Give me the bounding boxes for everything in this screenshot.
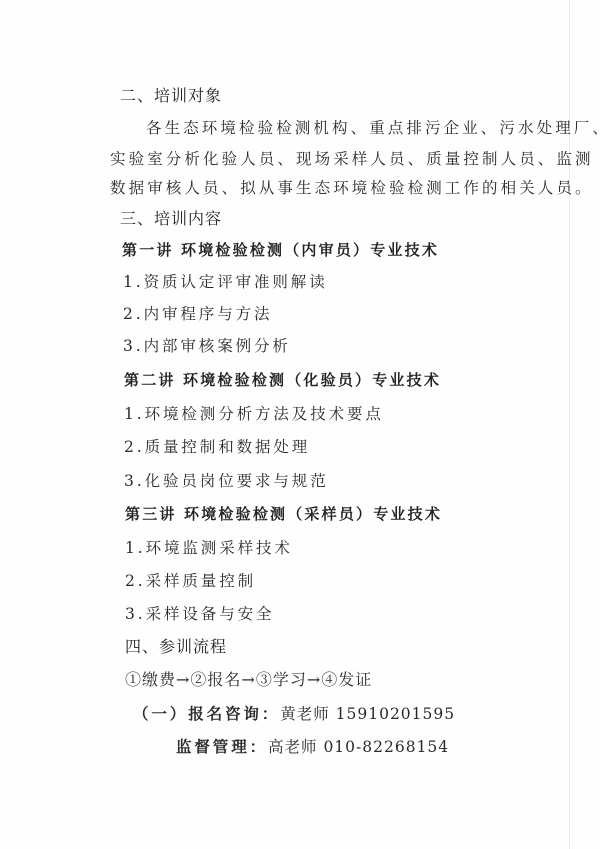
contact-label: 监督管理： — [176, 737, 268, 756]
contact-value: 高老师 010-82268154 — [268, 738, 449, 756]
lecture-item: 1.环境监测采样技术 — [125, 538, 293, 558]
lecture-item: 3.化验员岗位要求与规范 — [124, 471, 329, 491]
document-page: 二、培训对象 各生态环境检验检测机构、重点排污企业、污水处理厂、 实验室分析化验… — [0, 0, 600, 849]
contact-supervision: 监督管理：高老师 010-82268154 — [176, 737, 449, 757]
body-line: 各生态环境检验检测机构、重点排污企业、污水处理厂、 — [146, 118, 600, 138]
contact-registration: （一）报名咨询：黄老师 15910201595 — [133, 704, 455, 724]
lecture-title: 第二讲 环境检验检测（化验员）专业技术 — [124, 370, 441, 390]
lecture-item: 3.内部审核案例分析 — [123, 336, 291, 356]
lecture-item: 1.环境检测分析方法及技术要点 — [124, 404, 384, 424]
contact-value: 黄老师 15910201595 — [280, 705, 455, 723]
section-heading-targets: 二、培训对象 — [120, 86, 222, 106]
process-flow: ①缴费→②报名→③学习→④发证 — [125, 670, 372, 690]
lecture-item: 2.内审程序与方法 — [123, 304, 272, 324]
lecture-title: 第一讲 环境检验检测（内审员）专业技术 — [122, 240, 439, 260]
section-heading-process: 四、参训流程 — [125, 637, 227, 657]
body-line: 数据审核人员、拟从事生态环境检验检测工作的相关人员。 — [110, 178, 594, 198]
body-line: 实验室分析化验人员、现场采样人员、质量控制人员、监测 — [110, 149, 594, 169]
lecture-title: 第三讲 环境检验检测（采样员）专业技术 — [125, 504, 442, 524]
section-heading-content: 三、培训内容 — [120, 209, 222, 229]
contact-label: （一）报名咨询： — [133, 704, 280, 723]
lecture-item: 1.资质认定评审准则解读 — [123, 272, 328, 292]
lecture-item: 3.采样设备与安全 — [125, 604, 274, 624]
lecture-item: 2.质量控制和数据处理 — [124, 437, 310, 457]
lecture-item: 2.采样质量控制 — [125, 571, 256, 591]
